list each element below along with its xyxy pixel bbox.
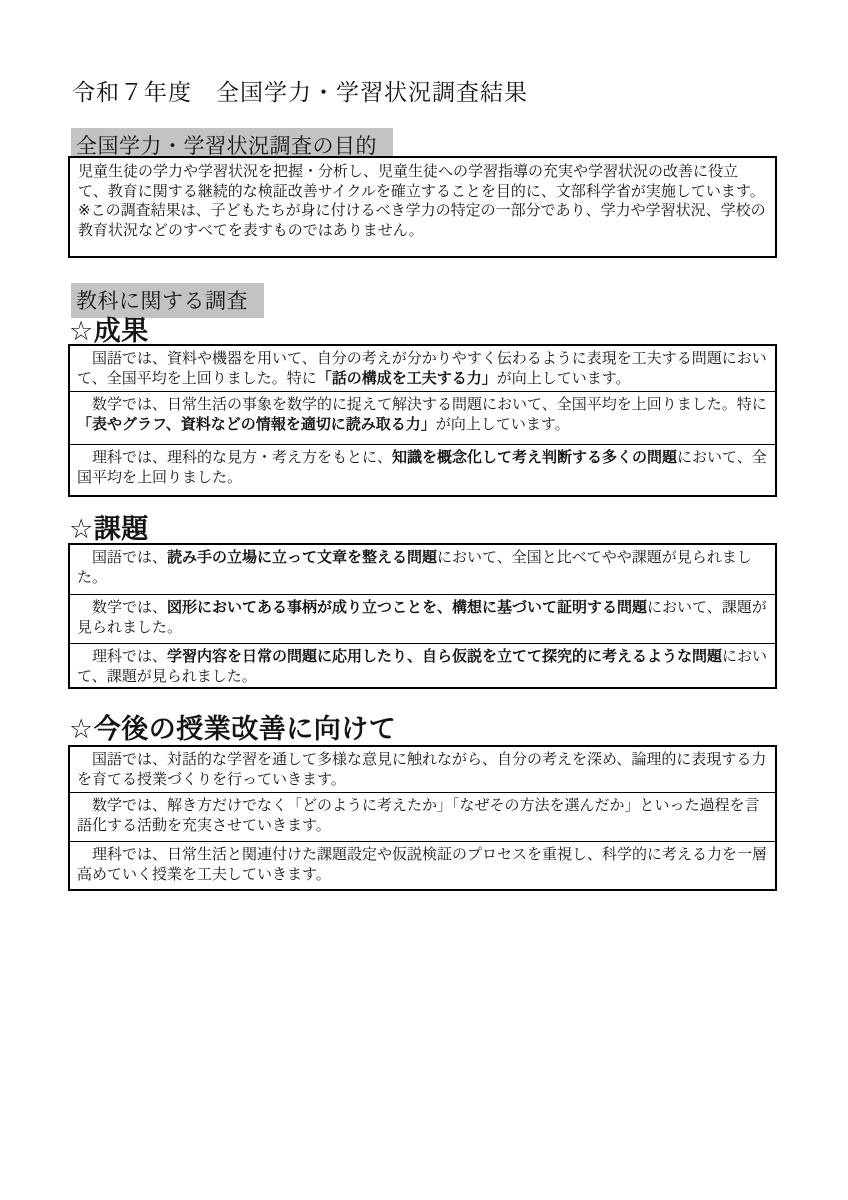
text-segment: 理科では、日常生活と関連付けた課題設定や仮説検証のプロセスを重視し、科学的に考え… — [77, 846, 767, 883]
improvement-row-japanese: 国語では、対話的な学習を通して多様な意見に触れながら、自分の考えを深め、論理的に… — [70, 747, 775, 793]
document-page: 令和７年度 全国学力・学習状況調査結果 全国学力・学習状況調査の目的 児童生徒の… — [0, 0, 848, 1200]
results-box: 国語では、資料や機器を用いて、自分の考えが分かりやすく伝わるように表現を工夫する… — [68, 344, 777, 497]
text-segment: 図形においてある事柄が成り立つことを、構想に基づいて証明する問題 — [167, 599, 647, 616]
improvement-box: 国語では、対話的な学習を通して多様な意見に触れながら、自分の考えを深め、論理的に… — [68, 745, 777, 891]
purpose-box: 児童生徒の学力や学習状況を把握・分析し、児童生徒への学習指導の充実や学習状況の改… — [68, 156, 777, 258]
issues-row-science: 理科では、学習内容を日常の問題に応用したり、自ら仮説を立てて探究的に考えるような… — [70, 644, 775, 687]
results-row-math: 数学では、日常生活の事象を数学的に捉えて解決する問題において、全国平均を上回りま… — [70, 392, 775, 445]
text-segment: 知識を概念化して考え判断する多くの問題 — [392, 449, 677, 466]
text-segment: 「表やグラフ、資料などの情報を適切に読み取る力」 — [77, 416, 436, 433]
results-heading: ☆成果 — [69, 309, 149, 348]
results-row-science: 理科では、理科的な見方・考え方をもとに、知識を概念化して考え判断する多くの問題に… — [70, 445, 775, 495]
purpose-paragraph-1: 児童生徒の学力や学習状況を把握・分析し、児童生徒への学習指導の充実や学習状況の改… — [78, 162, 767, 201]
text-segment: 数学では、日常生活の事象を数学的に捉えて解決する問題において、全国平均を上回りま… — [77, 396, 767, 413]
issues-row-math: 数学では、図形においてある事柄が成り立つことを、構想に基づいて証明する問題におい… — [70, 595, 775, 644]
text-segment: 読み手の立場に立って文章を整える問題 — [167, 549, 437, 566]
results-row-japanese: 国語では、資料や機器を用いて、自分の考えが分かりやすく伝わるように表現を工夫する… — [70, 346, 775, 392]
text-segment: 国語では、 — [77, 549, 167, 566]
text-segment: 数学では、 — [77, 599, 167, 616]
improvement-row-science: 理科では、日常生活と関連付けた課題設定や仮説検証のプロセスを重視し、科学的に考え… — [70, 842, 775, 889]
text-segment: 理科では、理科的な見方・考え方をもとに、 — [77, 449, 392, 466]
text-segment: 国語では、対話的な学習を通して多様な意見に触れながら、自分の考えを深め、論理的に… — [77, 751, 766, 788]
text-segment: 学習内容を日常の問題に応用したり、自ら仮説を立てて探究的に考えるような問題 — [167, 648, 722, 665]
issues-row-japanese: 国語では、読み手の立場に立って文章を整える問題において、全国と比べてやや課題が見… — [70, 545, 775, 595]
text-segment: が向上しています。 — [497, 370, 631, 387]
text-segment: 理科では、 — [77, 648, 167, 665]
improvement-heading: ☆今後の授業改善に向けて — [69, 707, 396, 746]
page-title: 令和７年度 全国学力・学習状況調査結果 — [72, 74, 528, 107]
text-segment: 数学では、解き方だけでなく「どのように考えたか」「なぜその方法を選んだか」といっ… — [77, 797, 760, 834]
text-segment: が向上しています。 — [436, 416, 570, 433]
improvement-row-math: 数学では、解き方だけでなく「どのように考えたか」「なぜその方法を選んだか」といっ… — [70, 793, 775, 842]
purpose-paragraph-2: ※この調査結果は、子どもたちが身に付けるべき学力の特定の一部分であり、学力や学習… — [78, 201, 767, 240]
issues-box: 国語では、読み手の立場に立って文章を整える問題において、全国と比べてやや課題が見… — [68, 543, 777, 689]
text-segment: 「話の構成を工夫する力」 — [317, 370, 497, 387]
issues-heading: ☆課題 — [69, 507, 149, 546]
